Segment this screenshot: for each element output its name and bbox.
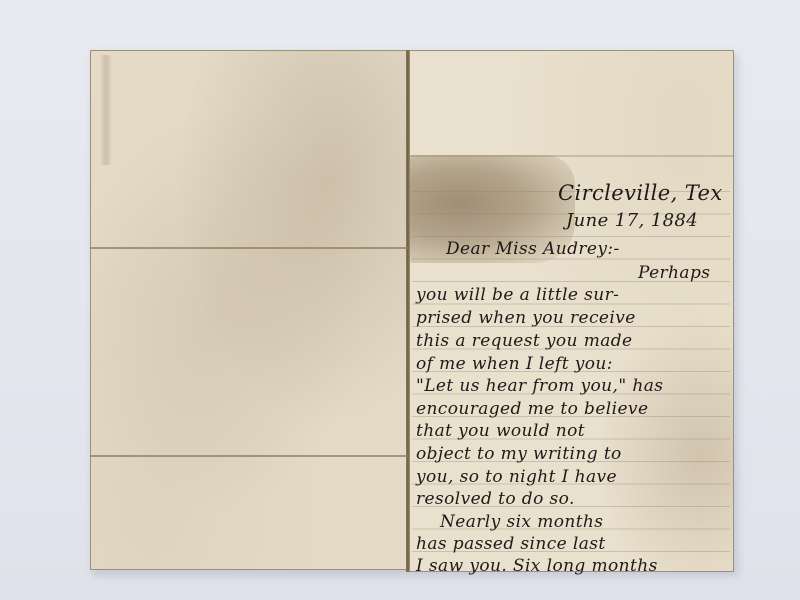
- letter-line: I saw you. Six long months: [416, 556, 658, 576]
- left-page-stain: [100, 55, 112, 165]
- horizontal-fold-upper: [90, 247, 408, 249]
- horizontal-fold-lower: [90, 455, 408, 457]
- letter-line: prised when you receive: [416, 308, 636, 328]
- letter-line: Nearly six months: [440, 512, 603, 532]
- letter-line: resolved to do so.: [416, 489, 575, 509]
- letter-line: of me when I left you:: [416, 354, 613, 374]
- horizontal-fold-right: [410, 155, 734, 157]
- center-fold: [406, 50, 410, 572]
- letter-line: Perhaps: [638, 263, 710, 283]
- letter-line: you, so to night I have: [416, 467, 617, 487]
- letter-place: Circleville, Tex: [558, 183, 723, 203]
- letter-salutation: Dear Miss Audrey:-: [446, 239, 620, 259]
- letter-line: you will be a little sur-: [416, 285, 619, 305]
- letter-line: object to my writing to: [416, 444, 622, 464]
- letter-date: June 17, 1884: [566, 211, 698, 231]
- letter-line: encouraged me to believe: [416, 399, 648, 419]
- letter-back-page: [90, 50, 408, 570]
- letter-line: that you would not: [416, 421, 585, 441]
- letter-line: has passed since last: [416, 534, 606, 554]
- letter-line: this a request you made: [416, 331, 633, 351]
- letter-line: "Let us hear from you," has: [416, 376, 663, 396]
